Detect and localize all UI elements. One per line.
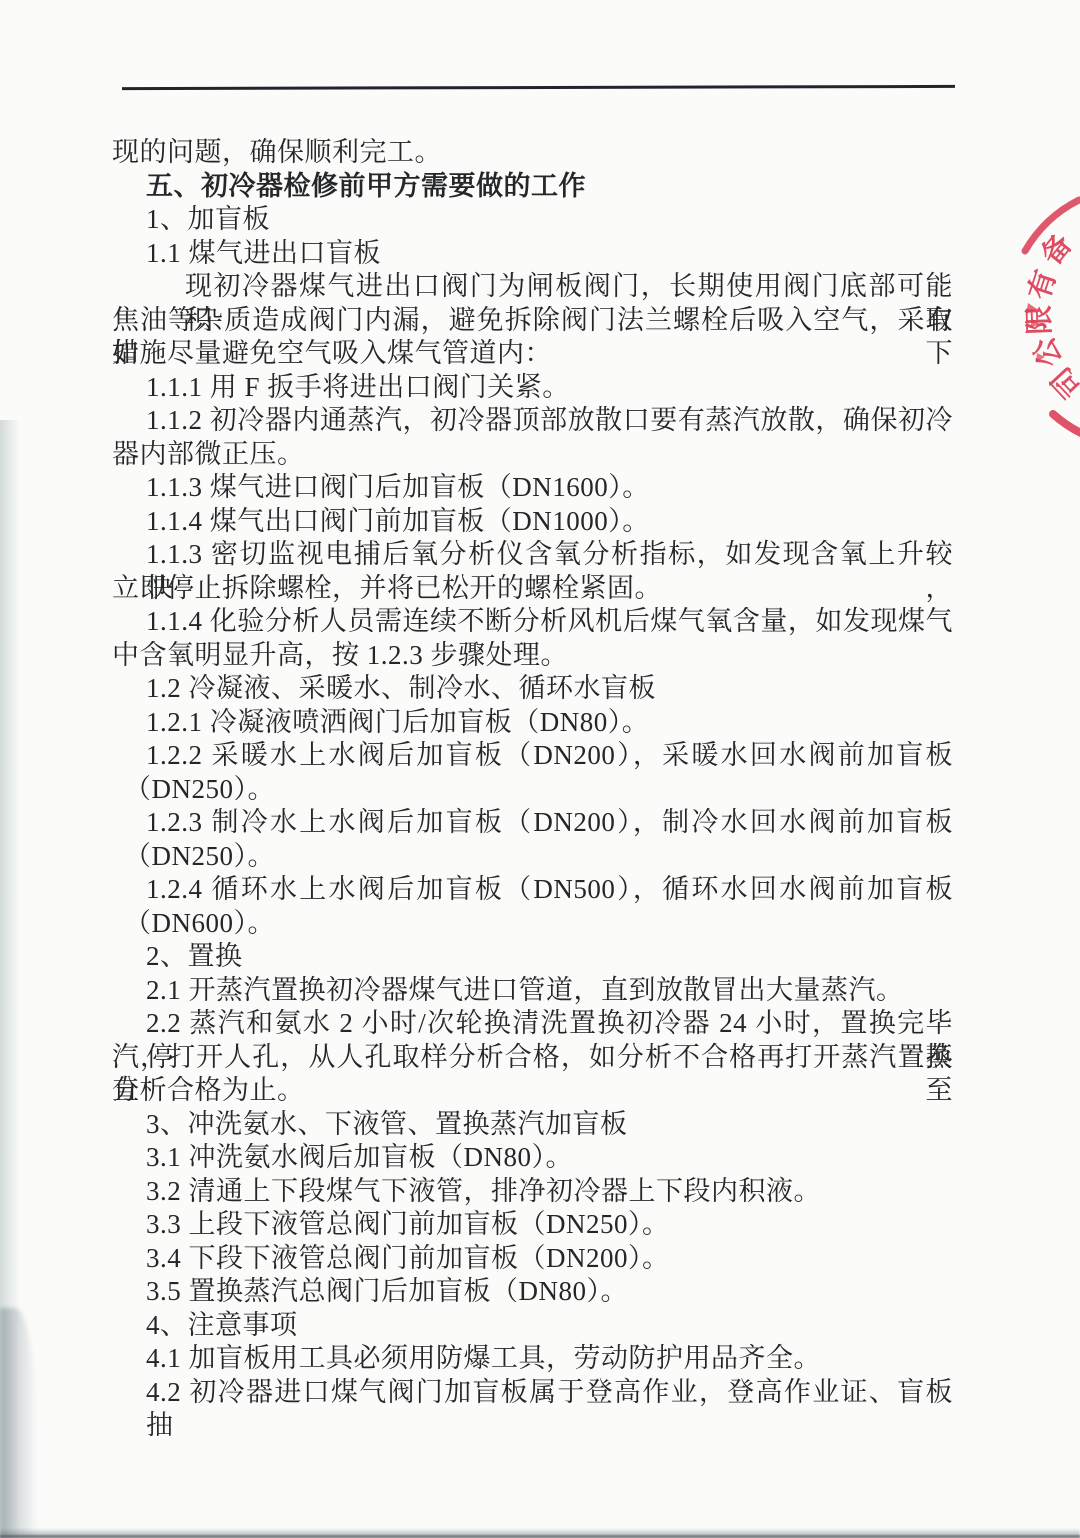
stamp-arc-bottom: [1053, 414, 1080, 435]
text-line: 2.1 开蒸汽置换初冷器煤气进口管道，直到放散冒出大量蒸汽。: [146, 974, 953, 1008]
text-line: 3.5 置换蒸汽总阀门后加盲板（DN80）。: [146, 1275, 953, 1309]
text-line: 1、加盲板: [146, 203, 953, 237]
text-line: 器内部微正压。: [112, 438, 953, 472]
text-line: 1.2 冷凝液、采暖水、制冷水、循环水盲板: [146, 672, 953, 706]
stamp-character: 公: [1028, 333, 1069, 372]
text-line: 1.1.3 煤气进口阀门后加盲板（DN1600）。: [146, 471, 953, 505]
text-line: 4、注意事项: [146, 1309, 953, 1343]
scan-shadow-bottom-left: [0, 1308, 38, 1538]
text-line: 焦油等杂质造成阀门内漏，避免拆除阀门法兰螺栓后吸入空气，采取如下: [112, 304, 953, 338]
text-line: 3.4 下段下液管总阀门前加盲板（DN200）。: [146, 1242, 953, 1276]
scanned-document-page: { "page": { "background": "#fbfcfa", "te…: [0, 0, 1080, 1538]
text-line: 1.2.1 冷凝液喷洒阀门后加盲板（DN80）。: [146, 706, 953, 740]
text-line: 汽，打开人孔，从人孔取样分析合格，如分析不合格再打开蒸汽置换直至: [112, 1041, 953, 1075]
company-seal-stamp: 备 有 限 公 司: [995, 185, 1080, 485]
text-line: 3、冲洗氨水、下液管、置换蒸汽加盲板: [146, 1108, 953, 1142]
text-line: 3.1 冲洗氨水阀后加盲板（DN80）。: [146, 1141, 953, 1175]
stamp-character: 有: [1022, 266, 1062, 304]
text-line: 1.1.3 密切监视电捕后氧分析仪含氧分析指标，如发现含氧上升较快，: [146, 538, 953, 572]
text-line: 2.2 蒸汽和氨水 2 小时/次轮换清洗置换初冷器 24 小时，置换完毕停蒸: [146, 1007, 953, 1041]
document-body: 现的问题，确保顺利完工。五、初冷器检修前甲方需要做的工作1、加盲板1.1 煤气进…: [112, 136, 953, 1409]
text-line: 4.1 加盲板用工具必须用防爆工具，劳动防护用品齐全。: [146, 1342, 953, 1376]
text-line: 1.1 煤气进出口盲板: [146, 237, 953, 271]
text-line: 1.1.1 用 F 扳手将进出口阀门关紧。: [146, 371, 953, 405]
section-heading: 五、初冷器检修前甲方需要做的工作: [146, 170, 953, 204]
text-line: 1.1.4 化验分析人员需连续不断分析风机后煤气氧含量，如发现煤气: [146, 605, 953, 639]
text-line: 3.2 清通上下段煤气下液管，排净初冷器上下段内积液。: [146, 1175, 953, 1209]
text-line: 1.2.3 制冷水上水阀后加盲板（DN200），制冷水回水阀前加盲板: [146, 806, 953, 840]
text-line: 现初冷器煤气进出口阀门为闸板阀门，长期使用阀门底部可能积有: [185, 270, 953, 304]
text-line: 4.2 初冷器进口煤气阀门加盲板属于登高作业，登高作业证、盲板抽: [146, 1376, 953, 1410]
text-line: 1.1.2 初冷器内通蒸汽，初冷器顶部放散口要有蒸汽放散，确保初冷: [146, 404, 953, 438]
text-line: 2、置换: [146, 940, 953, 974]
text-line: （DN250）。: [124, 773, 953, 807]
top-divider-line: [122, 85, 955, 90]
text-line: 现的问题，确保顺利完工。: [112, 136, 953, 170]
stamp-character: 备: [1035, 228, 1079, 271]
text-line: 1.2.4 循环水上水阀后加盲板（DN500），循环水回水阀前加盲板: [146, 873, 953, 907]
text-line: 1.1.4 煤气出口阀门前加盲板（DN1000）。: [146, 505, 953, 539]
text-line: 1.2.2 采暖水上水阀后加盲板（DN200），采暖水回水阀前加盲板: [146, 739, 953, 773]
text-line: （DN600）。: [124, 907, 953, 941]
text-line: （DN250）。: [124, 840, 953, 874]
text-line: 3.3 上段下液管总阀门前加盲板（DN250）。: [146, 1208, 953, 1242]
text-line: 中含氧明显升高，按 1.2.3 步骤处理。: [112, 639, 953, 673]
